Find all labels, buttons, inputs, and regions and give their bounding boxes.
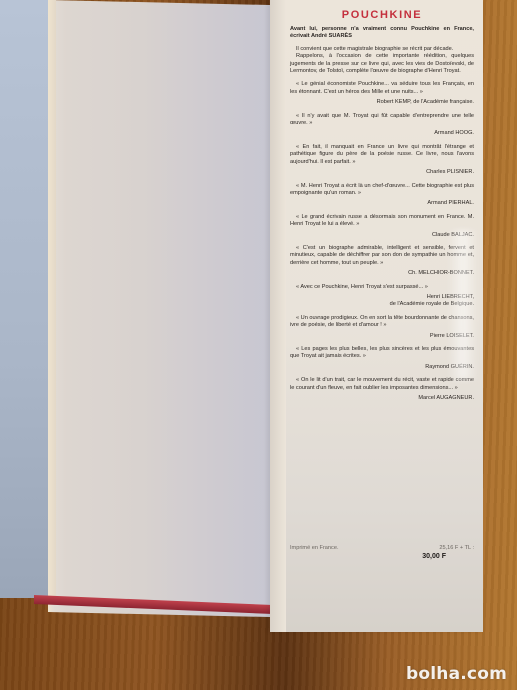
- quote-author: Marcel AUGAGNEUR.: [290, 395, 474, 402]
- flap-text: POUCHKINE Avant lui, personne n'a vraime…: [290, 8, 474, 402]
- quote-author: Henri LIEBRECHT,: [290, 294, 474, 301]
- watermark: bolha.com: [406, 664, 507, 684]
- press-quote: « Le génial économiste Pouchkine... va s…: [290, 81, 474, 96]
- quote-author: Armand HOOG.: [290, 130, 474, 137]
- quote-author: Ch. MELCHIOR-BONNET.: [290, 270, 474, 277]
- quote-author: Claude BALJAC.: [290, 232, 474, 239]
- press-quote: « On le lit d'un trait, car le mouvement…: [290, 377, 474, 392]
- press-quote: « M. Henri Troyat a écrit là un chef-d'œ…: [290, 183, 474, 198]
- price: 30,00 F: [422, 553, 446, 560]
- background-wall: [0, 0, 52, 598]
- press-quote: « Il n'y avait que M. Troyat qui fût cap…: [290, 113, 474, 128]
- press-quote: « Un ouvrage prodigieux. On en sort la t…: [290, 315, 474, 330]
- book-title: POUCHKINE: [290, 8, 474, 22]
- press-quote: « Avec ce Pouchkine, Henri Troyat s'est …: [290, 284, 474, 291]
- book-spine-edge: [48, 0, 56, 600]
- quote-author: Armand PIERHAL.: [290, 200, 474, 207]
- press-quote: « C'est un biographe admirable, intellig…: [290, 245, 474, 267]
- light-glare: [448, 230, 478, 380]
- jacket-fold: [270, 0, 286, 632]
- quote-author: Robert KEMP, de l'Académie française.: [290, 99, 474, 106]
- imprint-text: Imprimé en France.: [290, 545, 339, 551]
- book-back-cover: [48, 0, 280, 617]
- quote-author: Raymond GUÉRIN.: [290, 364, 474, 371]
- paragraph: Il convient que cette magistrale biograp…: [290, 46, 474, 53]
- intro-text: Avant lui, personne n'a vraiment connu P…: [290, 26, 474, 41]
- paragraph: Rappelons, à l'occasion de cette importa…: [290, 53, 474, 75]
- press-quote: « En fait, il manquait en France un livr…: [290, 144, 474, 166]
- press-quote: « Le grand écrivain russe a désormais so…: [290, 214, 474, 229]
- price-breakdown: 25,16 F + TL :: [439, 545, 474, 551]
- quote-author-affiliation: de l'Académie royale de Belgique.: [290, 301, 474, 308]
- quote-author: Pierre LOISELET.: [290, 333, 474, 340]
- quote-author: Charles PLISNIER.: [290, 169, 474, 176]
- press-quote: « Les pages les plus belles, les plus si…: [290, 346, 474, 361]
